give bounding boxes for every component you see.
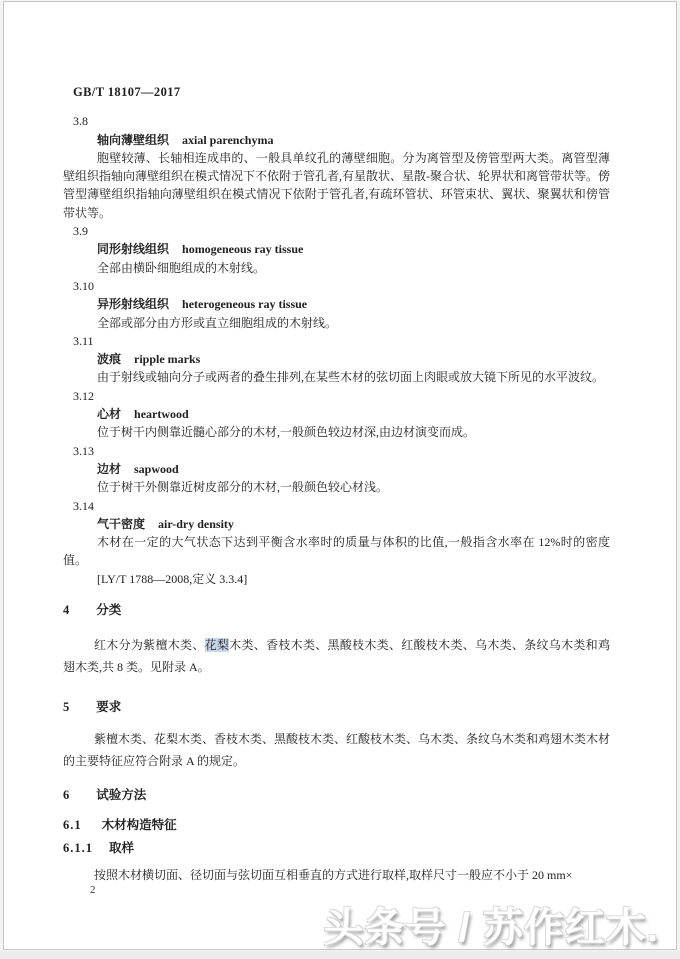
term-title-cn: 异形射线组织 <box>97 297 169 311</box>
term-title-cn: 轴向薄壁组织 <box>97 133 169 147</box>
term-title-en: ripple marks <box>134 352 200 366</box>
term-definition: 全部或部分由方形或直立细胞组成的木射线。 <box>63 314 610 332</box>
term-title: 同形射线组织homogeneous ray tissue <box>97 240 610 258</box>
term-definition: 木材在一定的大气状态下达到平衡含水率时的质量与体积的比值,一般指含水率在 12%… <box>63 533 610 570</box>
term-title: 边材sapwood <box>97 460 610 478</box>
term-title: 轴向薄壁组织axial parenchyma <box>97 131 610 149</box>
reference-note: [LY/T 1788—2008,定义 3.3.4] <box>97 570 610 588</box>
term-title-en: axial parenchyma <box>182 133 273 147</box>
watermark: 头条号 / 苏作红木. <box>324 896 659 953</box>
term-clause: 3.8 轴向薄壁组织axial parenchyma 胞壁较薄、长轴相连成串的、… <box>63 112 610 222</box>
term-definition: 位于树干内侧靠近髓心部分的木材,一般颜色较边材深,由边材演变而成。 <box>63 423 610 441</box>
term-definition: 位于树干外侧靠近树皮部分的木材,一般颜色较心材浅。 <box>63 478 610 496</box>
clause-number: 3.13 <box>73 442 610 460</box>
section-heading-test-methods: 6试验方法 <box>63 786 610 805</box>
page-content: GB/T 18107—2017 3.8 轴向薄壁组织axial parenchy… <box>63 83 610 886</box>
standard-number: GB/T 18107—2017 <box>73 83 610 101</box>
subsection-heading-wood-structure: 6.1木材构造特征 <box>63 816 610 835</box>
term-title: 异形射线组织heterogeneous ray tissue <box>97 295 610 313</box>
term-title-cn: 波痕 <box>97 352 121 366</box>
clause-number: 3.8 <box>73 112 610 130</box>
clause-number: 3.12 <box>73 387 610 405</box>
term-title-en: heartwood <box>134 407 189 421</box>
heading-number: 6 <box>63 788 70 802</box>
term-title-cn: 边材 <box>97 462 121 476</box>
term-clause: 3.10 异形射线组织heterogeneous ray tissue 全部或部… <box>63 277 610 332</box>
heading-title: 木材构造特征 <box>102 818 177 832</box>
term-clause: 3.12 心材heartwood 位于树干内侧靠近髓心部分的木材,一般颜色较边材… <box>63 387 610 442</box>
heading-title: 要求 <box>96 700 121 714</box>
heading-number: 4 <box>63 603 70 617</box>
section-heading-classification: 4分类 <box>63 601 610 620</box>
term-definition: 全部由横卧细胞组成的木射线。 <box>63 259 610 277</box>
text-highlight: 花梨 <box>205 638 230 652</box>
document-page: GB/T 18107—2017 3.8 轴向薄壁组织axial parenchy… <box>3 1 677 950</box>
term-definition: 由于射线或轴向分子或两者的叠生排列,在某些木材的弦切面上肉眼或放大镜下所见的水平… <box>63 368 610 386</box>
page-number: 2 <box>90 884 96 896</box>
clause-number: 3.14 <box>73 497 610 515</box>
term-title-en: sapwood <box>134 462 179 476</box>
clause-number: 3.9 <box>73 222 610 240</box>
term-title-cn: 同形射线组织 <box>97 242 169 256</box>
term-title-en: heterogeneous ray tissue <box>182 297 307 311</box>
term-clause: 3.14 气干密度air-dry density 木材在一定的大气状态下达到平衡… <box>63 497 610 588</box>
section-heading-requirements: 5要求 <box>63 698 610 717</box>
term-title-cn: 心材 <box>97 407 121 421</box>
term-title: 气干密度air-dry density <box>97 515 610 533</box>
classification-paragraph: 红木分为紫檀木类、花梨木类、香枝木类、黑酸枝木类、红酸枝木类、乌木类、条纹乌木类… <box>63 634 610 678</box>
sampling-paragraph: 按照木材横切面、径切面与弦切面互相垂直的方式进行取样,取样尺寸一般应不小于 20… <box>63 864 610 886</box>
term-clause: 3.9 同形射线组织homogeneous ray tissue 全部由横卧细胞… <box>63 222 610 277</box>
heading-title: 分类 <box>96 603 121 617</box>
term-title: 心材heartwood <box>97 405 610 423</box>
heading-number: 6.1.1 <box>63 841 93 855</box>
term-clause: 3.13 边材sapwood 位于树干外侧靠近树皮部分的木材,一般颜色较心材浅。 <box>63 442 610 497</box>
term-title-en: homogeneous ray tissue <box>182 242 303 256</box>
term-definition: 胞壁较薄、长轴相连成串的、一般具单纹孔的薄壁细胞。分为离管型及傍管型两大类。离管… <box>63 149 610 222</box>
heading-number: 5 <box>63 700 70 714</box>
clause-number: 3.11 <box>73 332 610 350</box>
term-title-en: air-dry density <box>158 517 234 531</box>
subsection-heading-sampling: 6.1.1取样 <box>63 839 610 858</box>
term-title: 波痕ripple marks <box>97 350 610 368</box>
heading-title: 试验方法 <box>96 788 146 802</box>
page-bottom-edge <box>0 951 680 959</box>
term-title-cn: 气干密度 <box>97 517 145 531</box>
requirements-paragraph: 紫檀木类、花梨木类、香枝木类、黑酸枝木类、红酸枝木类、乌木类、条纹乌木类和鸡翅木… <box>63 728 610 772</box>
heading-title: 取样 <box>109 841 134 855</box>
heading-number: 6.1 <box>63 818 82 832</box>
paragraph-text: 红木分为紫檀木类、 <box>94 638 205 652</box>
clause-number: 3.10 <box>73 277 610 295</box>
term-clause: 3.11 波痕ripple marks 由于射线或轴向分子或两者的叠生排列,在某… <box>63 332 610 387</box>
